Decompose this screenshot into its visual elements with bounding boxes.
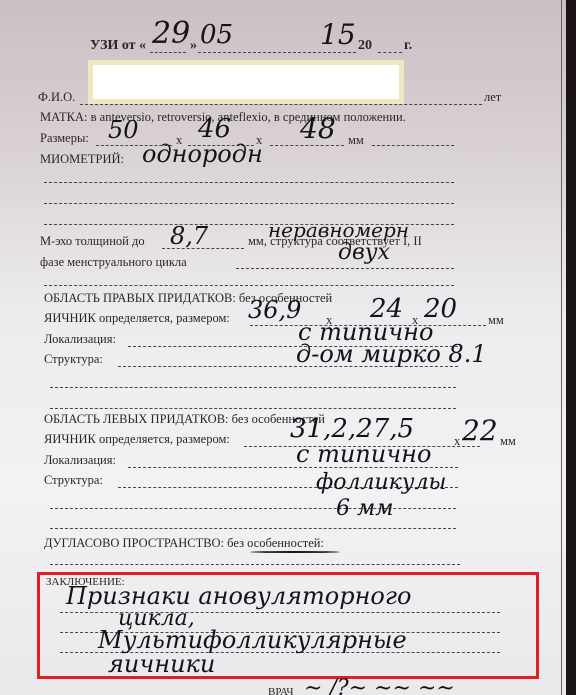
right-ovary-size-1: 36,9 [248, 296, 301, 324]
blank-line-9 [50, 564, 460, 565]
left-structure-value-1: фолликулы [316, 470, 446, 495]
fio-label: Ф.И.О. [38, 90, 75, 105]
age-suffix: лет [484, 90, 501, 105]
left-ovary-size-3: 22 [462, 414, 498, 447]
blank-line-6 [50, 408, 456, 409]
doctor-signature: ~ /?~ ~~ ~~ [304, 676, 455, 695]
phase-line [236, 268, 454, 269]
year-suffix: г. [404, 38, 412, 54]
blank-line-7 [50, 508, 456, 509]
month-handwritten: 05 [200, 20, 233, 50]
right-ovary-label: ЯИЧНИК определяется, размером: [44, 311, 230, 326]
douglas-underline [250, 551, 340, 553]
blank-line-5 [50, 387, 456, 388]
right-localization-label: Локализация: [44, 332, 116, 347]
left-size-sep: х [454, 434, 460, 449]
left-localization-label: Локализация: [44, 453, 116, 468]
left-size-unit: мм [500, 434, 516, 449]
phase-label: фазе менструального цикла [40, 255, 187, 270]
year-prefix: 20 [358, 38, 372, 54]
left-structure-value-2: 6 мм [336, 496, 393, 521]
left-ovary-label: ЯИЧНИК определяется, размером: [44, 432, 230, 447]
blank-line-1 [44, 182, 454, 183]
title-quote-close: » [190, 38, 197, 54]
doctor-label: ВРАЧ [268, 686, 293, 695]
size-line-3 [270, 145, 344, 146]
day-line [150, 52, 186, 53]
endometrium-label: М-эхо толщиной до [40, 234, 145, 249]
douglas-label: ДУГЛАСОВО ПРОСТРАНСТВО: без особенностей… [44, 536, 324, 551]
right-structure-label: Структура: [44, 352, 103, 367]
blank-line-2 [44, 203, 454, 204]
endometrium-value: 8,7 [170, 222, 208, 250]
endometrium-note-1: неравномерн [268, 218, 409, 242]
left-localization-value: с типично [296, 440, 431, 468]
uterus-size-3: 48 [300, 112, 336, 145]
fio-line [80, 104, 482, 105]
background-edge [566, 0, 576, 695]
blank-line-8 [50, 528, 456, 529]
year-line [378, 52, 402, 53]
paper-edge [561, 0, 562, 695]
size-extra-line [372, 145, 454, 146]
right-structure-value: д-ом мирко 8.1 [296, 340, 487, 368]
myometrium-label: МИОМЕТРИЙ: [40, 152, 124, 167]
left-structure-label: Структура: [44, 473, 103, 488]
uterus-size-label: Размеры: [40, 131, 89, 146]
myometrium-value: однородн [142, 140, 263, 168]
day-handwritten: 29 [152, 16, 190, 51]
endometrium-note-2: двух [338, 240, 390, 265]
blank-line-4 [44, 285, 454, 286]
title-prefix: УЗИ от « [90, 38, 146, 54]
size-unit: мм [348, 133, 364, 148]
uterus-size-1: 50 [108, 116, 139, 144]
redacted-name-box [88, 60, 404, 104]
right-size-unit: мм [488, 313, 504, 328]
year-handwritten: 15 [320, 18, 356, 51]
conclusion-highlight-box [37, 572, 539, 679]
month-line [198, 52, 356, 53]
left-adnexa-label: ОБЛАСТЬ ЛЕВЫХ ПРИДАТКОВ: без особенносте… [44, 412, 325, 427]
